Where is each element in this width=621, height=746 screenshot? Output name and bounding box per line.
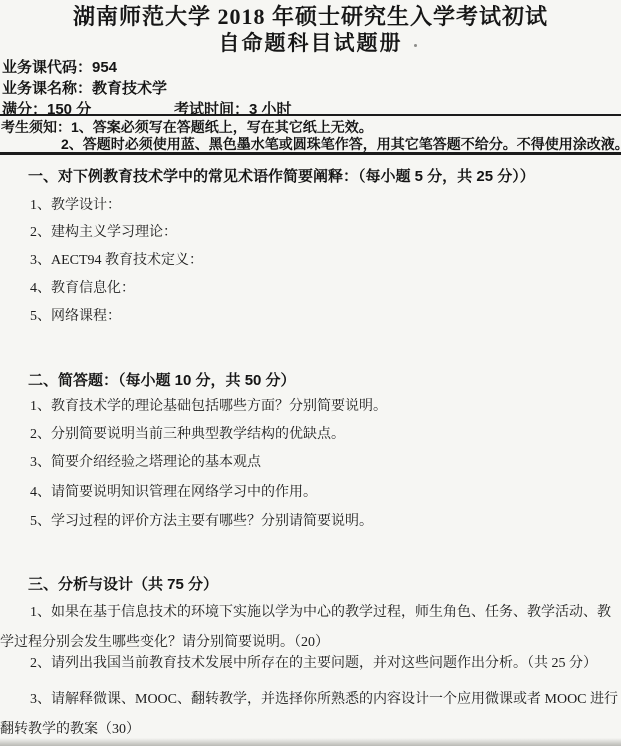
divider-top [0,114,621,116]
section-1-item-4: 4、教育信息化： [30,281,135,297]
notice-line-2: 2、答题时必须使用蓝、黑色墨水笔或圆珠笔作答，用其它笔答题不给分。不得使用涂改液… [61,136,621,152]
section-1-heading: 一、对下例教育技术学中的常见术语作简要阐释：（每小题 5 分，共 25 分）） [28,168,535,186]
exam-paper-page: 湖南师范大学 2018 年硕士研究生入学考试初试 自命题科目试题册 业务课代码：… [0,0,621,746]
section-1-item-2: 2、建构主义学习理论： [30,225,177,241]
section-2-item-2: 2、分别简要说明当前三种典型教学结构的优缺点。 [30,427,345,443]
section-3-item-3: 3、请解释微课、MOOC、翻转教学，并选择你所熟悉的内容设计一个应用微课或者 M… [0,685,620,744]
section-1-item-5: 5、网络课程： [30,309,121,325]
divider-bottom [0,152,621,155]
course-code-label: 业务课代码：954 [2,59,117,76]
notice-line-1: 考生须知：1、答案必须写在答题纸上，写在其它纸上无效。 [1,119,373,135]
section-2-item-5: 5、学习过程的评价方法主要有哪些？分别请简要说明。 [30,514,373,530]
scan-artifact-dot [414,44,417,47]
section-1-item-1: 1、教学设计： [30,198,121,214]
section-2-item-4: 4、请简要说明知识管理在网络学习中的作用。 [30,485,317,501]
section-3-item-2: 2、请列出我国当前教育技术发展中所存在的主要问题，并对这些问题作出分析。（共 2… [30,656,620,672]
section-3-heading: 三、分析与设计（共 75 分） [28,576,218,594]
section-2-item-1: 1、教育技术学的理论基础包括哪些方面？分别简要说明。 [30,399,387,415]
section-2-heading: 二、简答题：（每小题 10 分，共 50 分） [28,372,296,390]
section-1-item-3: 3、AECT94 教育技术定义： [30,253,203,269]
section-3-item-1: 1、如果在基于信息技术的环境下实施以学为中心的教学过程，师生角色、任务、教学活动… [0,598,620,657]
exam-title: 湖南师范大学 2018 年硕士研究生入学考试初试 [0,4,621,30]
section-2-item-3: 3、简要介绍经验之塔理论的基本观点 [30,455,261,471]
course-name-label: 业务课名称：教育技术学 [2,80,167,97]
exam-subtitle: 自命题科目试题册 [0,31,621,56]
scan-bottom-shadow [0,738,621,746]
